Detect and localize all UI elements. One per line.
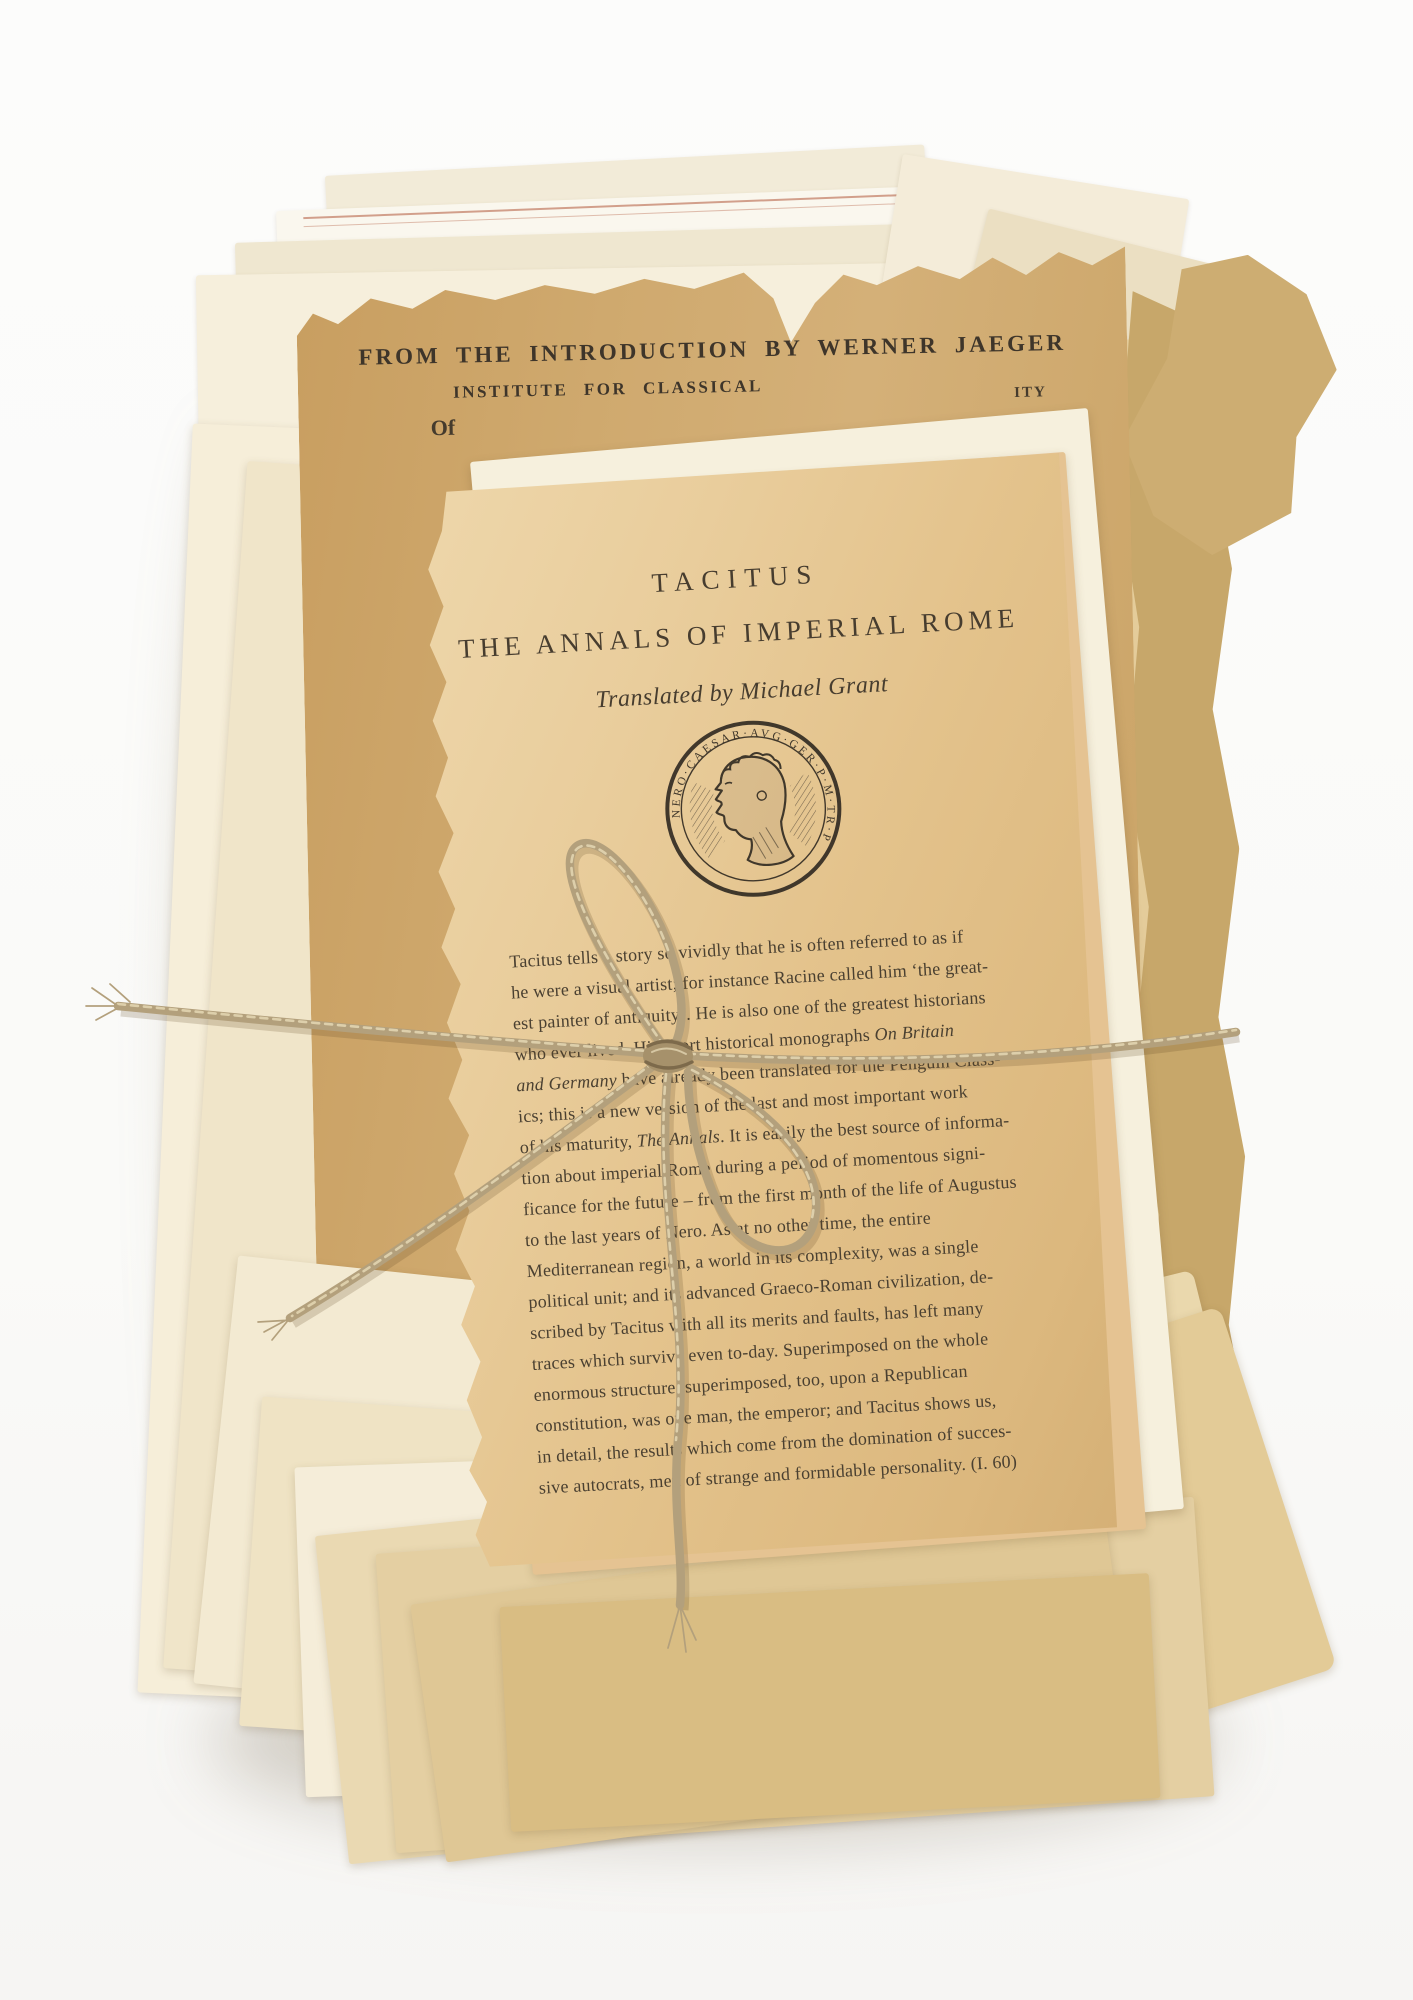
page-layer	[500, 1573, 1161, 1832]
title-paragraph: Tacitus tells a story so vividly that he…	[509, 919, 1034, 1504]
coin-illustration: NERO·CAESAR·AVG·GER·P·M·TR·P	[653, 708, 854, 909]
emperor-profile	[710, 750, 795, 871]
intro-text: FROM THE INTRODUCTION BY WERNER JAEGER I…	[297, 329, 1128, 406]
intro-subheading: INSTITUTE FOR CLASSICAL	[298, 369, 1128, 406]
book-translator: Translated by Michael Grant	[412, 661, 1072, 725]
book-title: THE ANNALS OF IMPERIAL ROME	[408, 600, 1069, 668]
photo-scene: FROM THE INTRODUCTION BY WERNER JAEGER I…	[0, 0, 1413, 2000]
title-page: TACITUS THE ANNALS OF IMPERIAL ROME Tran…	[400, 453, 1119, 1568]
title-page-content: TACITUS THE ANNALS OF IMPERIAL ROME Tran…	[400, 453, 1119, 1568]
intro-heading: FROM THE INTRODUCTION BY WERNER JAEGER	[297, 329, 1127, 372]
intro-fragment-right: ITY	[1014, 384, 1047, 402]
coin-hatch-right	[782, 771, 821, 848]
intro-fragment-left: Of	[430, 415, 455, 442]
twine-frayed-end-left	[86, 984, 130, 1020]
book-author: TACITUS	[405, 545, 1066, 613]
